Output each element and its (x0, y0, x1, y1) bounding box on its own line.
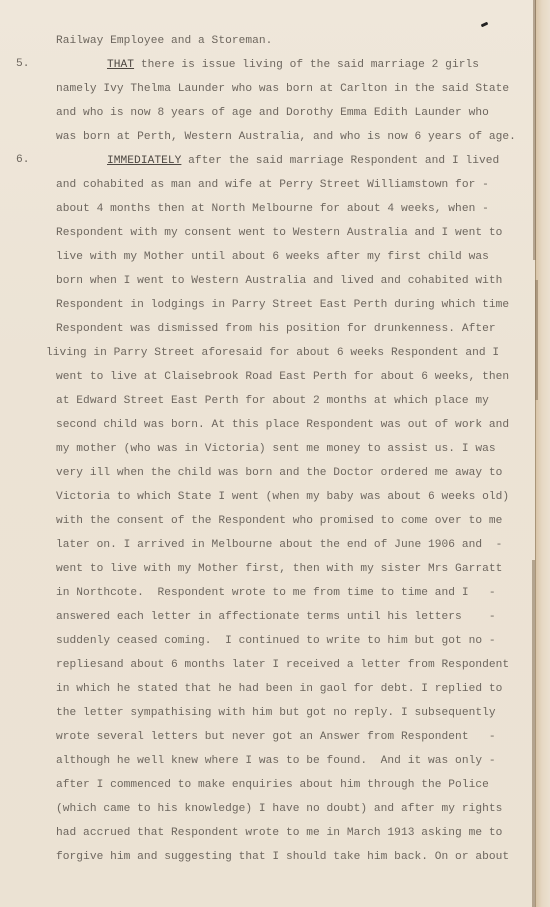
text-line: was born at Perth, Western Australia, an… (56, 130, 516, 144)
text-line: and cohabited as man and wife at Perry S… (56, 178, 489, 192)
text-line: wrote several letters but never got an A… (56, 730, 496, 744)
text-line: very ill when the child was born and the… (56, 466, 502, 480)
text-line: Respondent was dismissed from his positi… (56, 322, 496, 336)
text-line: suddenly ceased coming. I continued to w… (56, 634, 496, 648)
text-line: the letter sympathising with him but got… (56, 706, 496, 720)
text-line: had accrued that Respondent wrote to me … (56, 826, 502, 840)
page-fold-line (532, 560, 535, 907)
text-line: namely Ivy Thelma Launder who was born a… (56, 82, 509, 96)
text-line: answered each letter in affectionate ter… (56, 610, 496, 624)
page-fold-line (533, 0, 536, 260)
text-line: went to live at Claisebrook Road East Pe… (56, 370, 509, 384)
paragraph-number: 5. (16, 58, 29, 70)
text-line: living in Parry Street aforesaid for abo… (46, 346, 499, 360)
text-line: at Edward Street East Perth for about 2 … (56, 394, 489, 408)
document-page: Railway Employee and a Storeman. 5. THAT… (0, 0, 535, 907)
text-line: went to live with my Mother first, then … (56, 562, 502, 576)
lead-word: IMMEDIATELY (107, 155, 181, 167)
text-line: IMMEDIATELY after the said marriage Resp… (107, 154, 499, 168)
text-line: second child was born. At this place Res… (56, 418, 509, 432)
text-line: in which he stated that he had been in g… (56, 682, 502, 696)
lead-word: THAT (107, 59, 134, 71)
text-line: later on. I arrived in Melbourne about t… (56, 538, 502, 552)
text-line: live with my Mother until about 6 weeks … (56, 250, 489, 264)
page-fold-line (535, 280, 538, 400)
text-line: (which came to his knowledge) I have no … (56, 802, 502, 816)
text-line: Victoria to which State I went (when my … (56, 490, 509, 504)
text-line: Respondent in lodgings in Parry Street E… (56, 298, 509, 312)
text-line: born when I went to Western Australia an… (56, 274, 502, 288)
text-line: my mother (who was in Victoria) sent me … (56, 442, 496, 456)
line-text: after the said marriage Respondent and I… (181, 155, 499, 167)
text-line: although he well knew where I was to be … (56, 754, 496, 768)
line-text: there is issue living of the said marria… (134, 59, 479, 71)
text-line: and who is now 8 years of age and Doroth… (56, 106, 489, 120)
ink-mark (481, 22, 489, 28)
text-line: with the consent of the Respondent who p… (56, 514, 502, 528)
page-edge (535, 0, 550, 907)
text-line: repliesand about 6 months later I receiv… (56, 658, 509, 672)
paragraph-number: 6. (16, 154, 29, 166)
text-line: forgive him and suggesting that I should… (56, 850, 509, 864)
text-line: Railway Employee and a Storeman. (56, 34, 272, 48)
text-line: after I commenced to make enquiries abou… (56, 778, 489, 792)
text-line: about 4 months then at North Melbourne f… (56, 202, 489, 216)
text-line: in Northcote. Respondent wrote to me fro… (56, 586, 496, 600)
text-line: Respondent with my consent went to Weste… (56, 226, 502, 240)
text-line: THAT there is issue living of the said m… (107, 58, 479, 72)
